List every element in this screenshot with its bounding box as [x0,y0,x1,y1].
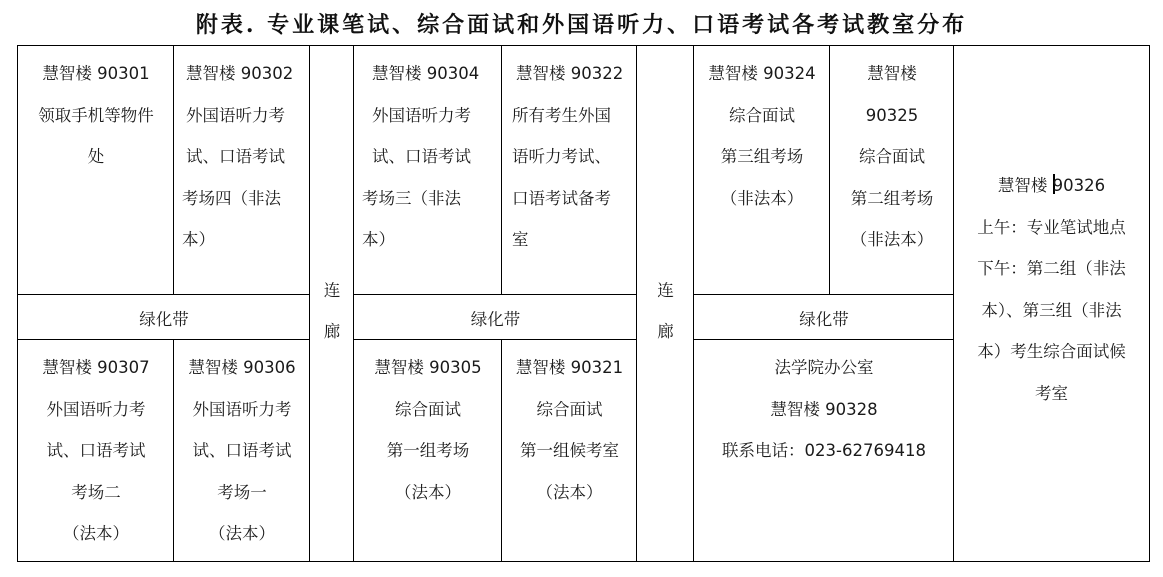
room-line: 外国语听力考 [178,389,306,431]
room-line: 慧智楼 90301 [22,53,170,95]
room-line: 室 [512,219,633,261]
green-belt-label: 绿化带 [471,306,521,330]
room-line: 综合面试 [698,95,826,137]
room-cell-90306: 慧智楼 90306 外国语听力考 试、口语考试 考场一 （法本） [173,339,311,562]
room-line: 慧智楼 90306 [178,347,306,389]
room-line: （非法本） [834,219,950,261]
building-name: 慧智楼 [998,176,1053,195]
corridor-char: 廊 [637,311,694,352]
room-line: 处 [22,136,170,178]
room-line: 本）考生综合面试候 [958,331,1145,373]
room-line: 慧智楼 90324 [698,53,826,95]
room-line: （法本） [358,472,498,514]
room-line: （法本） [22,513,170,555]
green-belt-label: 绿化带 [139,306,189,330]
room-line: 试、口语考试 [22,430,170,472]
office-phone: 联系电话：023-62769418 [698,430,950,472]
room-line: 语听力考试、 [512,136,633,178]
page-title: 附表. 专业课笔试、综合面试和外国语听力、口语考试各考试教室分布 [0,8,1163,42]
room-line: 综合面试 [506,389,633,431]
corridor-2: 连 廊 [636,45,695,562]
room-cell-90301: 慧智楼 90301 领取手机等物件 处 [17,45,175,296]
room-cell-90304: 慧智楼 90304 外国语听力考 试、口语考试 考场三（非法 本） [353,45,503,296]
room-line: 领取手机等物件 [22,95,170,137]
room-cell-90322: 慧智楼 90322 所有考生外国 语听力考试、 口语考试备考 室 [501,45,638,296]
room-line: 第一组候考室 [506,430,633,472]
room-line: 慧智楼 [834,53,950,95]
room-line: 试、口语考试 [178,430,306,472]
room-line: 慧智楼 90307 [22,347,170,389]
room-line: 本） [362,219,498,261]
green-belt-label: 绿化带 [799,306,849,330]
room-line: （法本） [506,472,633,514]
room-line: 考场四（非法 [182,178,306,220]
room-line: 慧智楼 90321 [506,347,633,389]
corridor-char: 连 [637,270,694,311]
room-line: 本）、第三组（非法 [958,290,1145,332]
room-line: 外国语听力考 [22,389,170,431]
room-line: （法本） [178,513,306,555]
corridor-1: 连 廊 [309,45,355,562]
law-school-office-cell: 法学院办公室 慧智楼 90328 联系电话：023-62769418 [693,339,955,562]
room-line: 外国语听力考 [182,95,306,137]
green-belt-c: 绿化带 [693,294,955,341]
room-line: 综合面试 [834,136,950,178]
room-line: 慧智楼 90322 [512,53,633,95]
room-line: 第三组考场 [698,136,826,178]
room-cell-90326: 慧智楼 90326 上午：专业笔试地点 下午：第二组（非法 本）、第三组（非法 … [953,45,1150,562]
green-belt-a: 绿化带 [17,294,311,341]
room-line: 口语考试备考 [512,178,633,220]
room-title: 慧智楼 90326 [958,165,1145,207]
room-cell-90325: 慧智楼 90325 综合面试 第二组考场 （非法本） [829,45,955,296]
room-line: 慧智楼 90305 [358,347,498,389]
room-line: 外国语听力考 [362,95,498,137]
room-line: 下午：第二组（非法 [958,248,1145,290]
room-line: 考场一 [178,472,306,514]
room-cell-90302: 慧智楼 90302 外国语听力考 试、口语考试 考场四（非法 本） [173,45,311,296]
room-line: 综合面试 [358,389,498,431]
corridor-char: 连 [310,270,354,311]
room-number: 90326 [1053,176,1106,195]
room-cell-90324: 慧智楼 90324 综合面试 第三组考场 （非法本） [693,45,831,296]
green-belt-b: 绿化带 [353,294,638,341]
room-cell-90305: 慧智楼 90305 综合面试 第一组考场 （法本） [353,339,503,562]
room-line: 第二组考场 [834,178,950,220]
room-line: 上午：专业笔试地点 [958,207,1145,249]
room-line: 慧智楼 90304 [362,53,498,95]
office-name: 法学院办公室 [698,347,950,389]
room-cell-90307: 慧智楼 90307 外国语听力考 试、口语考试 考场二 （法本） [17,339,175,562]
room-cell-90321: 慧智楼 90321 综合面试 第一组候考室 （法本） [501,339,638,562]
corridor-char: 廊 [310,311,354,352]
room-line: 试、口语考试 [362,136,498,178]
room-line: 所有考生外国 [512,95,633,137]
room-line: 第一组考场 [358,430,498,472]
room-line: 考场二 [22,472,170,514]
room-line: 本） [182,219,306,261]
office-room: 慧智楼 90328 [698,389,950,431]
room-line: 考室 [958,373,1145,415]
room-line: 考场三（非法 [362,178,498,220]
room-line: 90325 [834,95,950,137]
room-line: 试、口语考试 [182,136,306,178]
room-line: 慧智楼 90302 [182,53,306,95]
room-line: （非法本） [698,178,826,220]
